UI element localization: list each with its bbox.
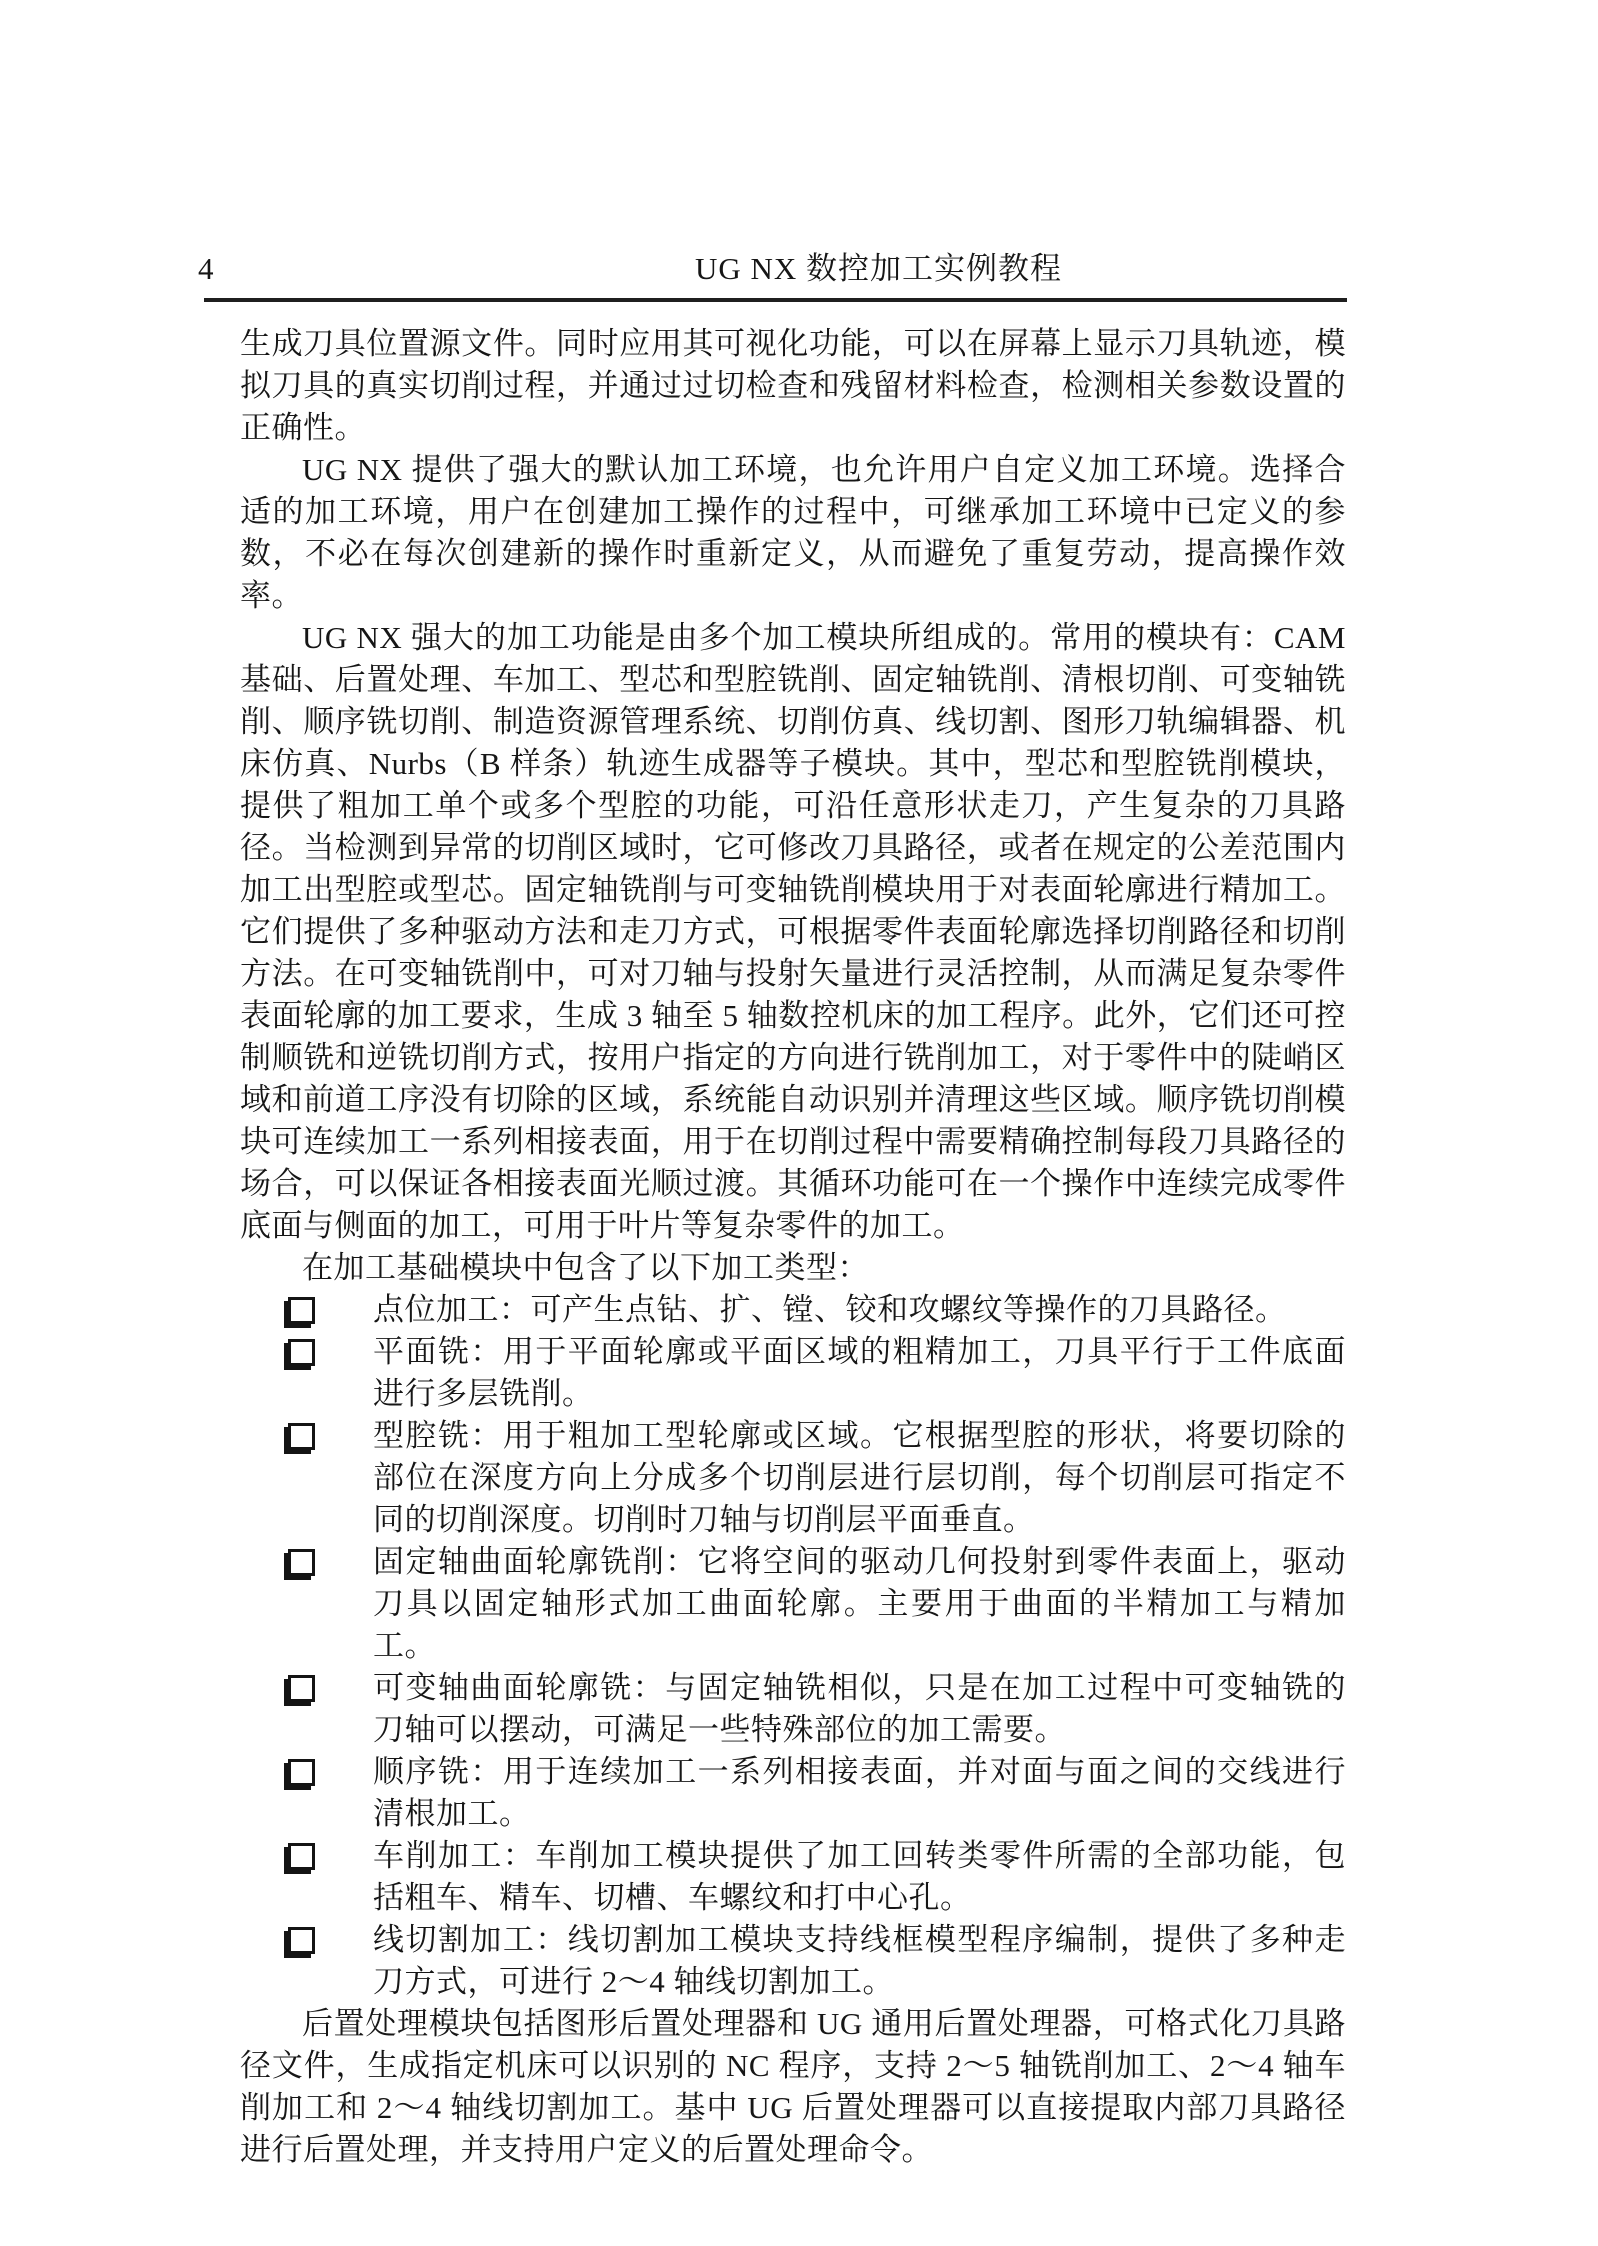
list-item: 可变轴曲面轮廓铣：与固定轴铣相似，只是在加工过程中可变轴铣的刀轴可以摆动，可满足… (240, 1667, 1346, 1751)
list-item-text: 车削加工：车削加工模块提供了加工回转类零件所需的全部功能，包括粗车、精车、切槽、… (373, 1838, 1346, 1915)
book-page: 4 UG NX 数控加工实例教程 生成刀具位置源文件。同时应用其可视化功能，可以… (0, 0, 1598, 2246)
list-item: 型腔铣：用于粗加工型轮廓或区域。它根据型腔的形状，将要切除的部位在深度方向上分成… (240, 1415, 1346, 1541)
list-item: 点位加工：可产生点钻、扩、镗、铰和攻螺纹等操作的刀具路径。 (240, 1289, 1346, 1331)
body-text: 生成刀具位置源文件。同时应用其可视化功能，可以在屏幕上显示刀具轨迹，模拟刀具的真… (240, 323, 1346, 2171)
checkbox-bullet-icon (288, 1339, 315, 1366)
list-item: 平面铣：用于平面轮廓或平面区域的粗精加工，刀具平行于工件底面进行多层铣削。 (240, 1331, 1346, 1415)
paragraph: UG NX 提供了强大的默认加工环境，也允许用户自定义加工环境。选择合适的加工环… (240, 449, 1346, 617)
paragraph: UG NX 强大的加工功能是由多个加工模块所组成的。常用的模块有：CAM 基础、… (240, 617, 1346, 1247)
list-item: 线切割加工：线切割加工模块支持线框模型程序编制，提供了多种走刀方式，可进行 2～… (240, 1919, 1346, 2003)
closing-paragraph: 后置处理模块包括图形后置处理器和 UG 通用后置处理器，可格式化刀具路径文件，生… (240, 2003, 1346, 2171)
list-item-text: 可变轴曲面轮廓铣：与固定轴铣相似，只是在加工过程中可变轴铣的刀轴可以摆动，可满足… (373, 1670, 1346, 1747)
list-item-text: 固定轴曲面轮廓铣削：它将空间的驱动几何投射到零件表面上，驱动刀具以固定轴形式加工… (373, 1544, 1346, 1663)
machining-types-list: 点位加工：可产生点钻、扩、镗、铰和攻螺纹等操作的刀具路径。 平面铣：用于平面轮廓… (240, 1289, 1346, 2003)
list-item-text: 顺序铣：用于连续加工一系列相接表面，并对面与面之间的交线进行清根加工。 (373, 1754, 1346, 1831)
list-item-text: 平面铣：用于平面轮廓或平面区域的粗精加工，刀具平行于工件底面进行多层铣削。 (373, 1334, 1346, 1411)
checkbox-bullet-icon (288, 1843, 315, 1870)
list-item: 固定轴曲面轮廓铣削：它将空间的驱动几何投射到零件表面上，驱动刀具以固定轴形式加工… (240, 1541, 1346, 1667)
list-item-text: 型腔铣：用于粗加工型轮廓或区域。它根据型腔的形状，将要切除的部位在深度方向上分成… (373, 1418, 1346, 1537)
checkbox-bullet-icon (288, 1297, 315, 1324)
paragraph: 生成刀具位置源文件。同时应用其可视化功能，可以在屏幕上显示刀具轨迹，模拟刀具的真… (240, 323, 1346, 449)
bullet-list-intro: 在加工基础模块中包含了以下加工类型： (240, 1247, 1346, 1289)
list-item: 车削加工：车削加工模块提供了加工回转类零件所需的全部功能，包括粗车、精车、切槽、… (240, 1835, 1346, 1919)
checkbox-bullet-icon (288, 1759, 315, 1786)
checkbox-bullet-icon (288, 1423, 315, 1450)
checkbox-bullet-icon (288, 1549, 315, 1576)
page-number: 4 (198, 252, 214, 286)
checkbox-bullet-icon (288, 1927, 315, 1954)
list-item-text: 线切割加工：线切割加工模块支持线框模型程序编制，提供了多种走刀方式，可进行 2～… (373, 1922, 1346, 1999)
checkbox-bullet-icon (288, 1675, 315, 1702)
page-header: 4 UG NX 数控加工实例教程 (204, 250, 1347, 302)
running-title: UG NX 数控加工实例教程 (307, 252, 1450, 286)
list-item-text: 点位加工：可产生点钻、扩、镗、铰和攻螺纹等操作的刀具路径。 (373, 1292, 1287, 1327)
list-item: 顺序铣：用于连续加工一系列相接表面，并对面与面之间的交线进行清根加工。 (240, 1751, 1346, 1835)
